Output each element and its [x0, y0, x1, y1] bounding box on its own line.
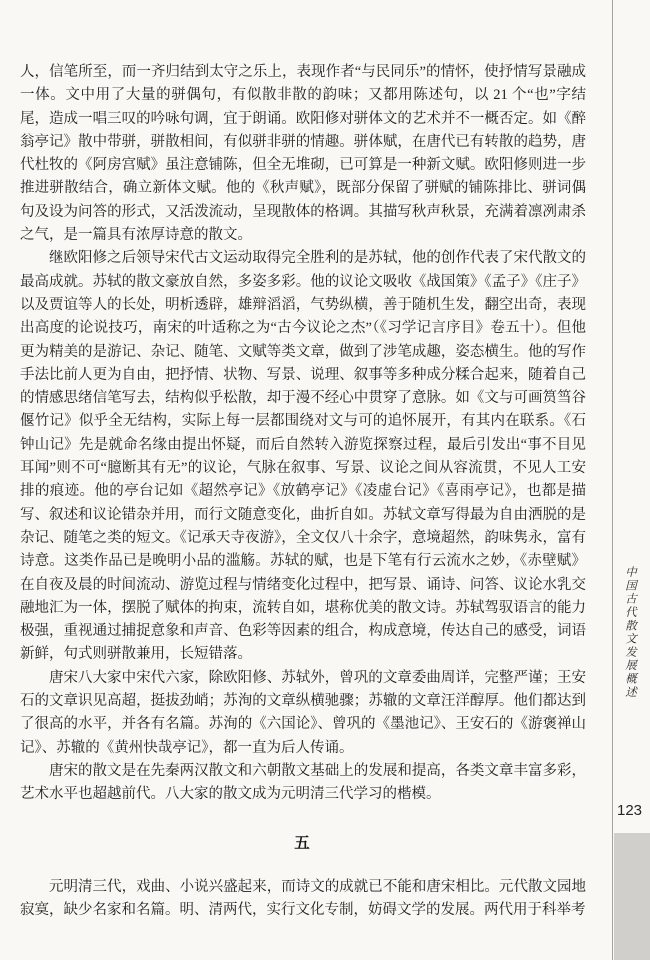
- section-heading: 五: [20, 832, 586, 855]
- page-number: 123: [617, 802, 642, 819]
- paragraph: 继欧阳修之后领导宋代古文运动取得完全胜利的是苏轼，他的创作代表了宋代散文的最高成…: [20, 247, 586, 666]
- paragraph: 元明清三代，戏曲、小说兴盛起来，而诗文的成就已不能和唐宋相比。元代散文园地寂寞，…: [20, 876, 586, 923]
- margin-vertical-title: 中国古代散文发展概述: [622, 566, 638, 699]
- page-edge-shading: [614, 833, 650, 960]
- paragraph: 唐宋的散文是在先秦两汉散文和六朝散文基础上的发展和提高，各类文章丰富多彩，艺术水…: [20, 760, 586, 807]
- paragraph: 唐宋八大家中宋代六家，除欧阳修、苏轼外，曾巩的文章委曲周详，完整严谨；王安石的文…: [20, 667, 586, 760]
- paragraph-continued: 人，信笔所至，而一齐归结到太守之乐上，表现作者“与民同乐”的情怀，使抒情写景融成…: [20, 61, 586, 247]
- body-text: 人，信笔所至，而一齐归结到太守之乐上，表现作者“与民同乐”的情怀，使抒情写景融成…: [20, 61, 586, 922]
- book-page: 人，信笔所至，而一齐归结到太守之乐上，表现作者“与民同乐”的情怀，使抒情写景融成…: [0, 0, 650, 960]
- margin-divider-line: [612, 0, 613, 960]
